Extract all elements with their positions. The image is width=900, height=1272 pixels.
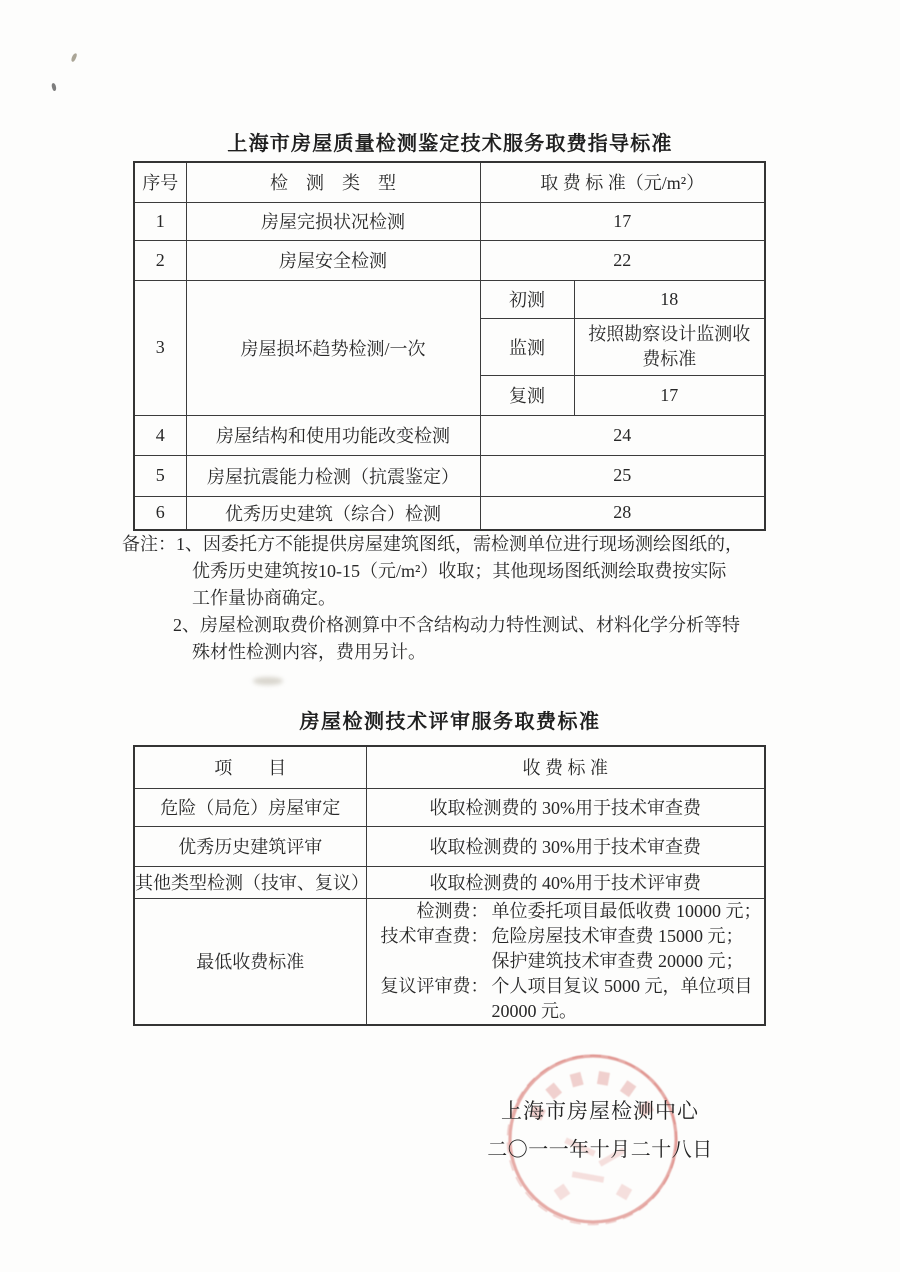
row-fee-cell: 24 [480, 415, 765, 455]
subrow-fee-cell: 18 [574, 280, 765, 318]
notes-label: 备注： [122, 534, 176, 554]
row-type-cell: 房屋完损状况检测 [186, 202, 480, 240]
fee-line-label [379, 949, 489, 974]
table-row: 最低收费标准 检测费：单位委托项目最低收费 10000 元； 技术审查费：危险房… [134, 898, 765, 1025]
table2-header-item: 项 目 [134, 746, 366, 788]
minimum-fee-lines: 检测费：单位委托项目最低收费 10000 元； 技术审查费：危险房屋技术审查费 … [367, 899, 765, 1024]
row-type-cell: 房屋结构和使用功能改变检测 [186, 415, 480, 455]
row-fee-cell: 收取检测费的 40%用于技术评审费 [366, 866, 765, 898]
table-row: 5 房屋抗震能力检测（抗震鉴定） 25 [134, 455, 765, 496]
note-line: 工作量协商确定。 [122, 585, 784, 612]
document-title: 上海市房屋质量检测鉴定技术服务取费指导标准 [0, 127, 900, 156]
fee-line-text: 个人项目复议 5000 元，单位项目 [489, 974, 765, 999]
table1-header-type: 检 测 类 型 [186, 162, 480, 202]
note-line: 殊材性检测内容，费用另计。 [122, 639, 784, 666]
row-item-cell: 优秀历史建筑评审 [134, 826, 366, 866]
row-fee-cell: 收取检测费的 30%用于技术审查费 [366, 826, 765, 866]
row-no-cell: 2 [134, 240, 186, 280]
minimum-fee-cell: 检测费：单位委托项目最低收费 10000 元； 技术审查费：危险房屋技术审查费 … [366, 898, 765, 1025]
fee-line-label: 技术审查费： [379, 924, 489, 949]
row-fee-cell: 17 [480, 202, 765, 240]
table2-header-fee: 收 费 标 准 [366, 746, 765, 788]
signature-date: 二〇一一年十月二十八日 [440, 1138, 760, 1162]
notes-block: 备注：1、因委托方不能提供房屋建筑图纸，需检测单位进行现场测绘图纸的， 优秀历史… [122, 531, 784, 666]
fee-line-text: 单位委托项目最低收费 10000 元； [489, 899, 765, 924]
fee-line-text: 保护建筑技术审查费 20000 元； [489, 949, 765, 974]
fee-line-text: 危险房屋技术审查费 15000 元； [489, 924, 765, 949]
table-row: 3 房屋损坏趋势检测/一次 初测 18 [134, 280, 765, 318]
note-line: 优秀历史建筑按10-15（元/m²）收取；其他现场图纸测绘取费按实际 [122, 558, 784, 585]
signature-block: 上海市房屋检测中心 二〇一一年十月二十八日 [440, 1099, 760, 1162]
note-text: 1、因委托方不能提供房屋建筑图纸，需检测单位进行现场测绘图纸的， [176, 534, 743, 554]
row-type-cell: 房屋损坏趋势检测/一次 [186, 280, 480, 415]
table-row: 优秀历史建筑评审 收取检测费的 30%用于技术审查费 [134, 826, 765, 866]
table1-header-fee: 取 费 标 准（元/m²） [480, 162, 765, 202]
row-fee-cell: 25 [480, 455, 765, 496]
organization-name: 上海市房屋检测中心 [440, 1099, 760, 1123]
row-no-cell: 1 [134, 202, 186, 240]
table1-header-no: 序号 [134, 162, 186, 202]
row-no-cell: 4 [134, 415, 186, 455]
row-type-cell: 房屋安全检测 [186, 240, 480, 280]
table-row: 危险（局危）房屋审定 收取检测费的 30%用于技术审查费 [134, 788, 765, 826]
subrow-label-cell: 监测 [480, 318, 574, 375]
row-type-cell: 优秀历史建筑（综合）检测 [186, 496, 480, 530]
table-row: 6 优秀历史建筑（综合）检测 28 [134, 496, 765, 530]
table1-header-row: 序号 检 测 类 型 取 费 标 准（元/m²） [134, 162, 765, 202]
note-line: 备注：1、因委托方不能提供房屋建筑图纸，需检测单位进行现场测绘图纸的， [122, 531, 784, 558]
row-item-cell: 危险（局危）房屋审定 [134, 788, 366, 826]
scan-smudge [253, 677, 283, 685]
subrow-fee-cell: 17 [574, 375, 765, 415]
review-fee-title: 房屋检测技术评审服务取费标准 [0, 705, 900, 734]
scanned-document-page: 上海市房屋质量检测鉴定技术服务取费指导标准 序号 检 测 类 型 取 费 标 准… [0, 0, 900, 1272]
row-fee-cell: 28 [480, 496, 765, 530]
subrow-fee-cell: 按照勘察设计监测收 费标准 [574, 318, 765, 375]
row-no-cell: 3 [134, 280, 186, 415]
row-item-cell: 最低收费标准 [134, 898, 366, 1025]
fee-line-label: 检测费： [379, 899, 489, 924]
table-row: 其他类型检测（技审、复议） 收取检测费的 40%用于技术评审费 [134, 866, 765, 898]
row-no-cell: 6 [134, 496, 186, 530]
row-type-cell: 房屋抗震能力检测（抗震鉴定） [186, 455, 480, 496]
fee-line-label [379, 999, 489, 1024]
row-fee-cell: 收取检测费的 30%用于技术审查费 [366, 788, 765, 826]
table-row: 2 房屋安全检测 22 [134, 240, 765, 280]
row-item-cell: 其他类型检测（技审、复议） [134, 866, 366, 898]
fee-line-text: 20000 元。 [489, 999, 765, 1024]
row-fee-cell: 22 [480, 240, 765, 280]
note-line: 2、房屋检测取费价格测算中不含结构动力特性测试、材料化学分析等特 [122, 612, 784, 639]
subrow-label-cell: 复测 [480, 375, 574, 415]
subrow-label-cell: 初测 [480, 280, 574, 318]
row-no-cell: 5 [134, 455, 186, 496]
review-fee-table: 项 目 收 费 标 准 危险（局危）房屋审定 收取检测费的 30%用于技术审查费… [133, 745, 766, 1026]
fee-line-label: 复议评审费： [379, 974, 489, 999]
fee-guideline-table: 序号 检 测 类 型 取 费 标 准（元/m²） 1 房屋完损状况检测 17 2… [133, 161, 766, 531]
table-row: 4 房屋结构和使用功能改变检测 24 [134, 415, 765, 455]
table-row: 1 房屋完损状况检测 17 [134, 202, 765, 240]
scan-mark [51, 83, 57, 92]
scan-mark [70, 53, 77, 63]
table2-header-row: 项 目 收 费 标 准 [134, 746, 765, 788]
